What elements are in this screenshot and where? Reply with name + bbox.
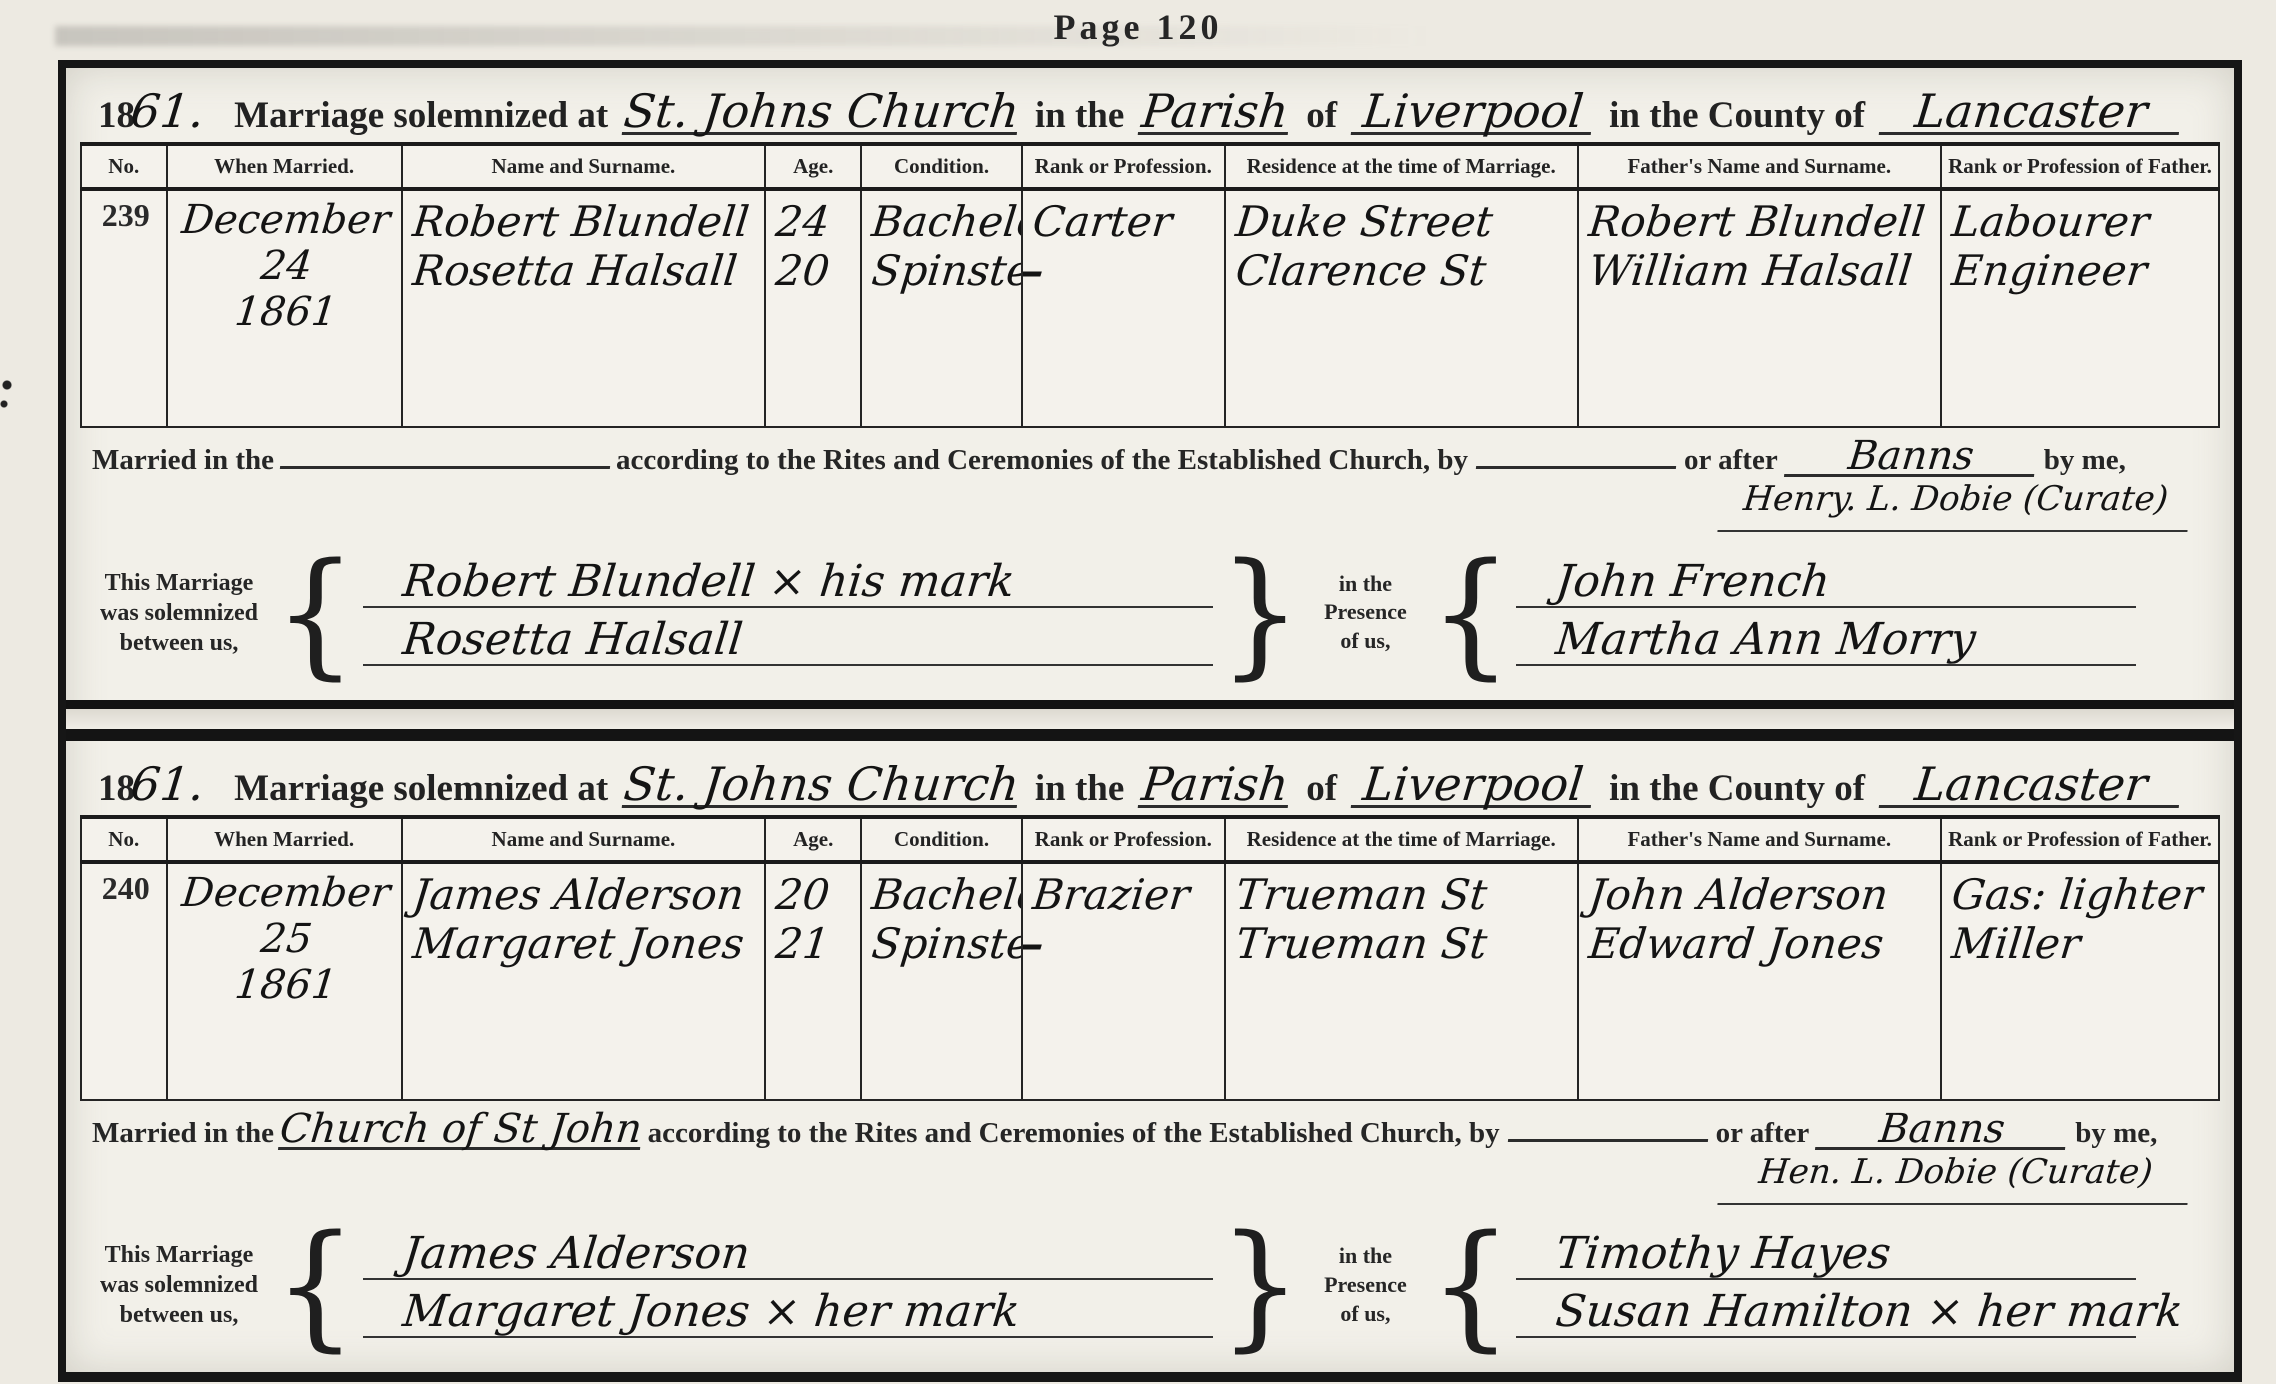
witness-signatures: John French Martha Ann Morry [1516,560,2136,666]
opening-brace: { [274,558,357,667]
groom-father-profession: Labourer [1949,197,2214,246]
parish-town: Liverpool [1351,91,1596,135]
col-header-residence: Residence at the time of Marriage. [1225,144,1578,189]
groom-condition: Bachelor [870,197,1017,246]
bride-father-profession: Miller [1949,919,2214,968]
in-the-label: in the [1035,767,1124,810]
marriage-year: 1861 [233,289,340,335]
col-header-residence: Residence at the time of Marriage. [1225,817,1578,862]
entry-number: 239 [92,197,160,234]
col-header-age: Age. [765,144,861,189]
col-header-name: Name and Surname. [402,817,765,862]
col-header-condition: Condition. [861,817,1021,862]
married-in-label: Married in the [92,444,274,477]
groom-signature: James Alderson [400,1232,751,1276]
record-divider [66,700,2234,741]
groom-residence: Duke Street [1233,197,1573,246]
col-header-no: No. [81,817,167,862]
married-in-church [280,466,610,469]
bride-profession: — [1022,246,1225,295]
after-banns: Banns [1815,1111,2069,1150]
bride-age: 21 [774,919,857,968]
couple-signatures: Robert Blundell × his mark Rosetta Halsa… [363,560,1213,666]
solemnized-label: Marriage solemnized at [234,767,608,810]
bride-signature: Rosetta Halsall [400,618,744,662]
groom-condition: Bachelor [870,870,1017,919]
groom-age: 24 [774,197,857,246]
page-title: Page 120 [0,6,2276,48]
witness-signatures: Timothy Hayes Susan Hamilton × her mark [1516,1232,2136,1338]
table-header-row: No. When Married. Name and Surname. Age.… [81,144,2219,189]
bride-name: Rosetta Halsall [410,246,761,295]
married-by [1507,1139,1707,1142]
groom-father-name: John Alderson [1586,870,1937,919]
bride-name: Margaret Jones [410,919,761,968]
col-header-no: No. [81,144,167,189]
col-header-father-rank: Rank or Profession of Father. [1941,144,2219,189]
solemnized-between-label: This Marriage was solemnized between us, [84,1240,274,1330]
record-239-header: 18 61. Marriage solemnized at St. Johns … [80,68,2220,142]
couple-signatures: James Alderson Margaret Jones × her mark [363,1232,1213,1338]
groom-name: Robert Blundell [410,197,761,246]
groom-age: 20 [774,870,857,919]
groom-profession: Carter [1030,197,1220,246]
after-banns: Banns [1784,438,2038,477]
col-header-father: Father's Name and Surname. [1578,817,1941,862]
of-label: of [1306,767,1337,810]
parish-word: Parish [1138,91,1293,135]
groom-father-profession: Gas: lighter [1949,870,2214,919]
record-240-header: 18 61. Marriage solemnized at St. Johns … [80,741,2220,815]
bride-signature: Margaret Jones × her mark [400,1290,1021,1334]
year-handwritten: 61. [128,84,207,138]
in-the-label: in the [1035,94,1124,137]
scanned-register-page: Page 120 18 61. Marriage solemnized at S… [0,0,2276,1384]
presence-label: in the Presence of us, [1305,1242,1425,1328]
of-label: of [1306,94,1337,137]
col-header-when-married: When Married. [167,144,402,189]
witness-1-signature: John French [1554,560,1832,604]
scan-speckles [0,370,16,430]
presence-label: in the Presence of us, [1305,570,1425,656]
minister-line-239: Henry. L. Dobie (Curate) [80,480,2220,532]
register-frame: 18 61. Marriage solemnized at St. Johns … [58,60,2242,1382]
married-in-line-239: Married in the according to the Rites an… [80,428,2220,480]
county-label: in the County of [1609,767,1865,810]
minister-signature: Henry. L. Dobie (Curate) [1717,482,2192,532]
closing-brace: } [1219,1231,1302,1340]
groom-signature: Robert Blundell × his mark [400,560,1016,604]
marriage-day: 24 [258,243,314,289]
minister-signature: Hen. L. Dobie (Curate) [1717,1155,2192,1205]
bride-profession: — [1022,919,1225,968]
marriage-year: 1861 [233,962,340,1008]
bride-father-name: William Halsall [1586,246,1937,295]
marriage-month: December [180,870,393,916]
bride-residence: Trueman St [1233,919,1573,968]
married-in-label: Married in the [92,1117,274,1150]
col-header-condition: Condition. [861,144,1021,189]
county-name: Lancaster [1879,91,2184,135]
table-header-row: No. When Married. Name and Surname. Age.… [81,817,2219,862]
marriage-month: December [180,197,393,243]
or-after-label: or after [1684,444,1778,477]
register-table-240: No. When Married. Name and Surname. Age.… [80,815,2220,1101]
bride-condition: Spinster [870,919,1017,968]
opening-brace: { [274,1231,357,1340]
bride-father-profession: Engineer [1949,246,2214,295]
record-entry-240: 18 61. Marriage solemnized at St. Johns … [66,741,2234,1373]
year-handwritten: 61. [128,757,207,811]
witness-2-signature: Susan Hamilton × her mark [1554,1290,2185,1334]
record-entry-239: 18 61. Marriage solemnized at St. Johns … [66,68,2234,700]
by-me-label: by me, [2075,1117,2157,1150]
county-label: in the County of [1609,94,1865,137]
witness-brace: { [1429,1231,1512,1340]
solemnized-label: Marriage solemnized at [234,94,608,137]
married-in-line-240: Married in the Church of St John accordi… [80,1101,2220,1153]
col-header-rank: Rank or Profession. [1022,144,1225,189]
closing-brace: } [1219,558,1302,667]
minister-line-240: Hen. L. Dobie (Curate) [80,1153,2220,1205]
bride-residence: Clarence St [1233,246,1573,295]
bride-age: 20 [774,246,857,295]
solemnization-block-240: This Marriage was solemnized between us,… [80,1205,2220,1373]
solemnized-between-label: This Marriage was solemnized between us, [84,568,274,658]
church-name: St. Johns Church [622,91,1021,135]
col-header-name: Name and Surname. [402,144,765,189]
witness-1-signature: Timothy Hayes [1554,1232,1893,1276]
witness-2-signature: Martha Ann Morry [1554,618,1978,662]
col-header-when-married: When Married. [167,817,402,862]
church-name: St. Johns Church [622,764,1021,808]
col-header-father: Father's Name and Surname. [1578,144,1941,189]
married-in-church: Church of St John [278,1111,644,1150]
groom-name: James Alderson [410,870,761,919]
register-table-239: No. When Married. Name and Surname. Age.… [80,142,2220,428]
rites-label: according to the Rites and Ceremonies of… [616,444,1468,477]
groom-profession: Brazier [1030,870,1220,919]
groom-residence: Trueman St [1233,870,1573,919]
rites-label: according to the Rites and Ceremonies of… [648,1117,1500,1150]
county-name: Lancaster [1879,764,2184,808]
or-after-label: or after [1716,1117,1810,1150]
entry-number: 240 [92,870,160,907]
col-header-age: Age. [765,817,861,862]
table-row-239: 239 December 24 1861 Robert Blundell Ros… [81,189,2219,427]
witness-brace: { [1429,558,1512,667]
groom-father-name: Robert Blundell [1586,197,1937,246]
parish-town: Liverpool [1351,764,1596,808]
table-row-240: 240 December 25 1861 James Alderson Marg… [81,862,2219,1100]
marriage-day: 25 [258,916,314,962]
parish-word: Parish [1138,764,1293,808]
bride-condition: Spinster [870,246,1017,295]
married-by [1476,466,1676,469]
col-header-rank: Rank or Profession. [1022,817,1225,862]
solemnization-block-239: This Marriage was solemnized between us,… [80,532,2220,700]
bride-father-name: Edward Jones [1586,919,1937,968]
by-me-label: by me, [2044,444,2126,477]
col-header-father-rank: Rank or Profession of Father. [1941,817,2219,862]
